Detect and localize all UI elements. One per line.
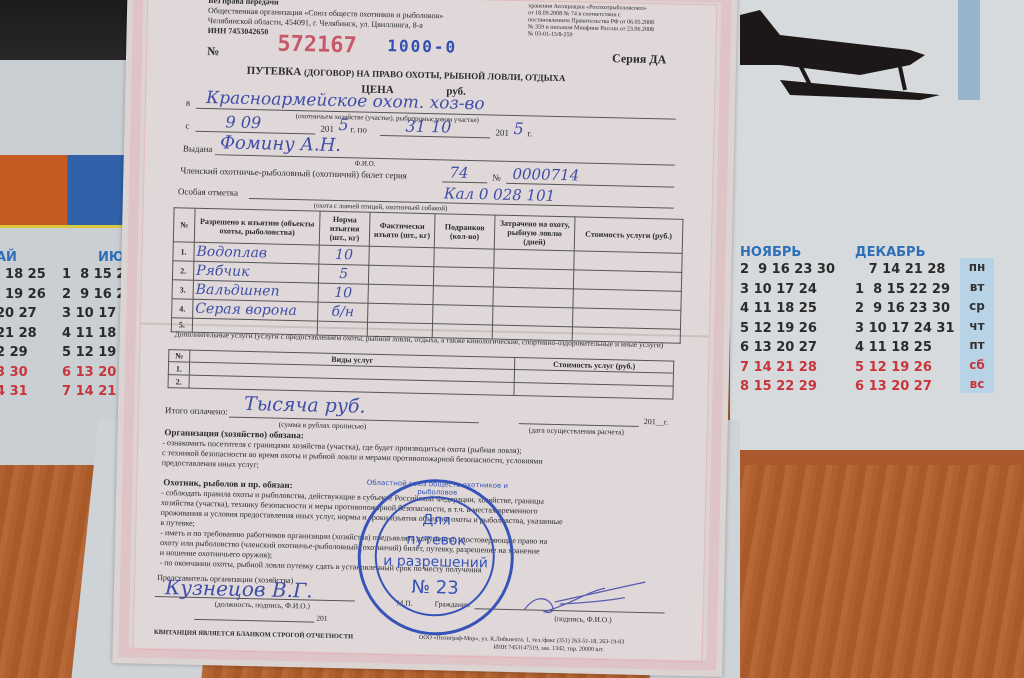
- approval-note: № 03-01-15/8-259: [528, 31, 573, 38]
- quota-table: № Разрешено к изъятию (объекты охоты, ры…: [171, 207, 684, 344]
- calendar-row-weekend: 6 13 20 27: [855, 377, 955, 397]
- calendar-row: 1 8 15 22 29: [855, 280, 955, 300]
- empty-cell: [368, 284, 433, 304]
- title-rest: (ДОГОВОР) НА ПРАВО ОХОТЫ, РЫБНОЙ ЛОВЛИ, …: [304, 67, 566, 83]
- date-year: 201__г.: [644, 417, 669, 427]
- empty-cell: [514, 383, 673, 400]
- year-prefix: 201: [644, 417, 656, 426]
- calendar-row: 2 9 16 23 30: [855, 299, 955, 319]
- stamp-number: № 23: [360, 576, 510, 600]
- calendar-row-weekend: 5 12 19 26: [855, 358, 955, 378]
- norm-cell: б/н: [318, 302, 368, 322]
- date-caption: (дата осуществления расчета): [529, 425, 624, 436]
- issued-label: Выдана: [183, 143, 213, 154]
- empty-cell: [493, 268, 573, 289]
- column-header: Подранков (кол-во): [434, 214, 495, 249]
- empty-cell: [369, 246, 434, 266]
- date-line: [194, 619, 314, 623]
- printer-info: ООО «Полиграф-Мир», ул. К.Либкнехта, 1, …: [419, 635, 625, 646]
- empty-cell: [574, 251, 682, 272]
- empty-cell: [573, 289, 681, 310]
- norm-cell: 10: [319, 245, 369, 265]
- empty-cell: [433, 286, 493, 306]
- representative-signature: Кузнецов В.Г.: [165, 575, 313, 602]
- citizen-caption: (подпись, Ф.И.О.): [554, 614, 611, 624]
- document-body: Без права передачи Общественная организа…: [133, 0, 718, 662]
- empty-cell: [573, 270, 681, 291]
- weekday: вт: [960, 278, 994, 298]
- calendar-row: 3 10 17 24: [740, 280, 835, 300]
- year-prefix: 201: [495, 128, 509, 138]
- number-label: №: [207, 44, 219, 59]
- calendar-row-weekend: 7 14 21 28: [740, 358, 835, 378]
- empty-cell: [572, 308, 680, 329]
- representative-caption: (должность, подпись, Ф.И.О.): [215, 599, 311, 610]
- weekday: чт: [960, 317, 994, 337]
- stamp-text: Для: [361, 511, 511, 530]
- total-label: Итого оплачено:: [165, 405, 228, 416]
- column-header: Норма изъятия (шт., кг): [319, 211, 370, 246]
- month-name: ДЕКАБРЬ: [855, 245, 955, 260]
- calendar-row-weekend: 3 30: [0, 363, 46, 383]
- calendar-row: 6 13 20 27: [740, 338, 835, 358]
- calendar-row-weekend: 4 31: [0, 382, 46, 402]
- year-suffix: г.: [664, 417, 669, 426]
- strict-reporting-note: КВИТАНЦИЯ ЯВЛЯЕТСЯ БЛАНКОМ СТРОГОЙ ОТЧЕТ…: [154, 629, 353, 641]
- calendar-row: 4 11 18 25: [740, 299, 835, 319]
- calendar-row: 3 10 17 24 31: [855, 319, 955, 339]
- column-header: Разрешено к изъятию (объекты охоты, рыбо…: [194, 208, 320, 245]
- calendar-row: 7 14 21 28: [855, 260, 955, 280]
- column-header: Стоимость услуги (руб.): [574, 217, 683, 253]
- row-number: 2.: [172, 261, 193, 280]
- column-header: Затрачено на охоту, рыбную ловлю (дней): [494, 215, 575, 251]
- hunting-ground-value: Красноармейское охот. хоз-во: [206, 88, 485, 114]
- duty-line: предоставления иных услуг;: [162, 458, 259, 469]
- serial-number: 572167: [277, 32, 357, 59]
- stamp-text: путевок: [361, 531, 511, 550]
- empty-cell: [494, 249, 574, 270]
- ticket-number: 0000714: [512, 165, 579, 185]
- stamp-ring-text: Областной союз обществ охотников и рыбол…: [362, 479, 512, 498]
- hunting-permit-document: Без права передачи Общественная организа…: [112, 0, 737, 677]
- to-date: 31 10: [405, 117, 451, 137]
- column-header: №: [173, 208, 195, 242]
- title-main: ПУТЕВКА: [247, 65, 302, 78]
- from-year: 5: [338, 115, 349, 134]
- snowmobile-image: [740, 5, 940, 105]
- month-name: НОЯБРЬ: [740, 245, 835, 260]
- empty-cell: [368, 265, 433, 285]
- weekday: ср: [960, 297, 994, 317]
- column-header: Фактически изъято (шт., кг): [369, 212, 435, 247]
- issued-caption: Ф.И.О.: [355, 159, 376, 167]
- hunting-ground-label: в: [186, 98, 190, 108]
- calendar-row: 5 12 19 26: [740, 319, 835, 339]
- calendar-row-weekend: 8 15 22 29: [740, 377, 835, 397]
- to-label: г. по: [350, 124, 367, 134]
- handwritten-code: 1000-0: [387, 36, 457, 57]
- year-prefix: 201: [320, 124, 334, 134]
- printer-inn: ИНН 7453147519, зак. 1342, тир. 20000 шт…: [494, 645, 604, 653]
- weekday: пн: [960, 258, 994, 278]
- empty-cell: [434, 248, 494, 268]
- total-value: Тысяча руб.: [244, 393, 366, 418]
- special-mark-label: Особая отметка: [178, 186, 238, 197]
- document-title: ПУТЕВКА (ДОГОВОР) НА ПРАВО ОХОТЫ, РЫБНОЙ…: [247, 65, 566, 84]
- calendar-row: 19 26: [0, 285, 46, 305]
- year-suffix: г.: [527, 128, 532, 138]
- calendar-row: 4 11 18 25: [855, 338, 955, 358]
- empty-cell: [433, 305, 493, 325]
- weekday: вс: [960, 375, 994, 395]
- empty-cell: [493, 306, 573, 327]
- from-label: с: [185, 121, 189, 131]
- norm-cell: 10: [318, 283, 368, 303]
- representative-date-year: 201: [316, 614, 327, 623]
- weekday: сб: [960, 356, 994, 376]
- ticket-series: 74: [449, 164, 468, 182]
- row-number: 1.: [168, 362, 189, 375]
- duty-line: в путевке;: [160, 518, 195, 528]
- field-line: [215, 154, 675, 165]
- calendar-row: 2 9 16 23 30: [740, 260, 835, 280]
- stamp-text: и разрешений: [360, 553, 510, 572]
- ticket-number-label: №: [492, 172, 501, 182]
- empty-cell: [433, 267, 493, 287]
- row-number: 2.: [168, 375, 189, 388]
- weekday-column: пн вт ср чт пт сб вс: [960, 258, 994, 393]
- from-date: 9 09: [225, 112, 261, 132]
- weekday: пт: [960, 336, 994, 356]
- special-mark-value: Кал 0 028 101: [444, 184, 556, 205]
- to-year: 5: [513, 119, 524, 138]
- calendar-row: 21 28: [0, 324, 46, 344]
- calendar-row: 20 27: [0, 304, 46, 324]
- month-name: АЙ: [0, 250, 46, 265]
- poster-blue-stripe: [958, 0, 980, 100]
- empty-cell: [493, 287, 573, 308]
- row-number: 3.: [172, 280, 193, 299]
- row-number: 1.: [173, 242, 194, 261]
- empty-cell: [368, 303, 433, 323]
- norm-cell: 5: [318, 264, 368, 284]
- calendar-row: 18 25: [0, 265, 46, 285]
- org-inn: ИНН 7453042650: [208, 26, 269, 36]
- column-header: №: [169, 350, 190, 362]
- series-label: Серия ДА: [612, 51, 666, 67]
- issued-to-value: Фомину А.Н.: [220, 132, 342, 156]
- calendar-row: 2 29: [0, 343, 46, 363]
- citizen-signature: [514, 571, 655, 619]
- row-number: 4.: [172, 299, 193, 318]
